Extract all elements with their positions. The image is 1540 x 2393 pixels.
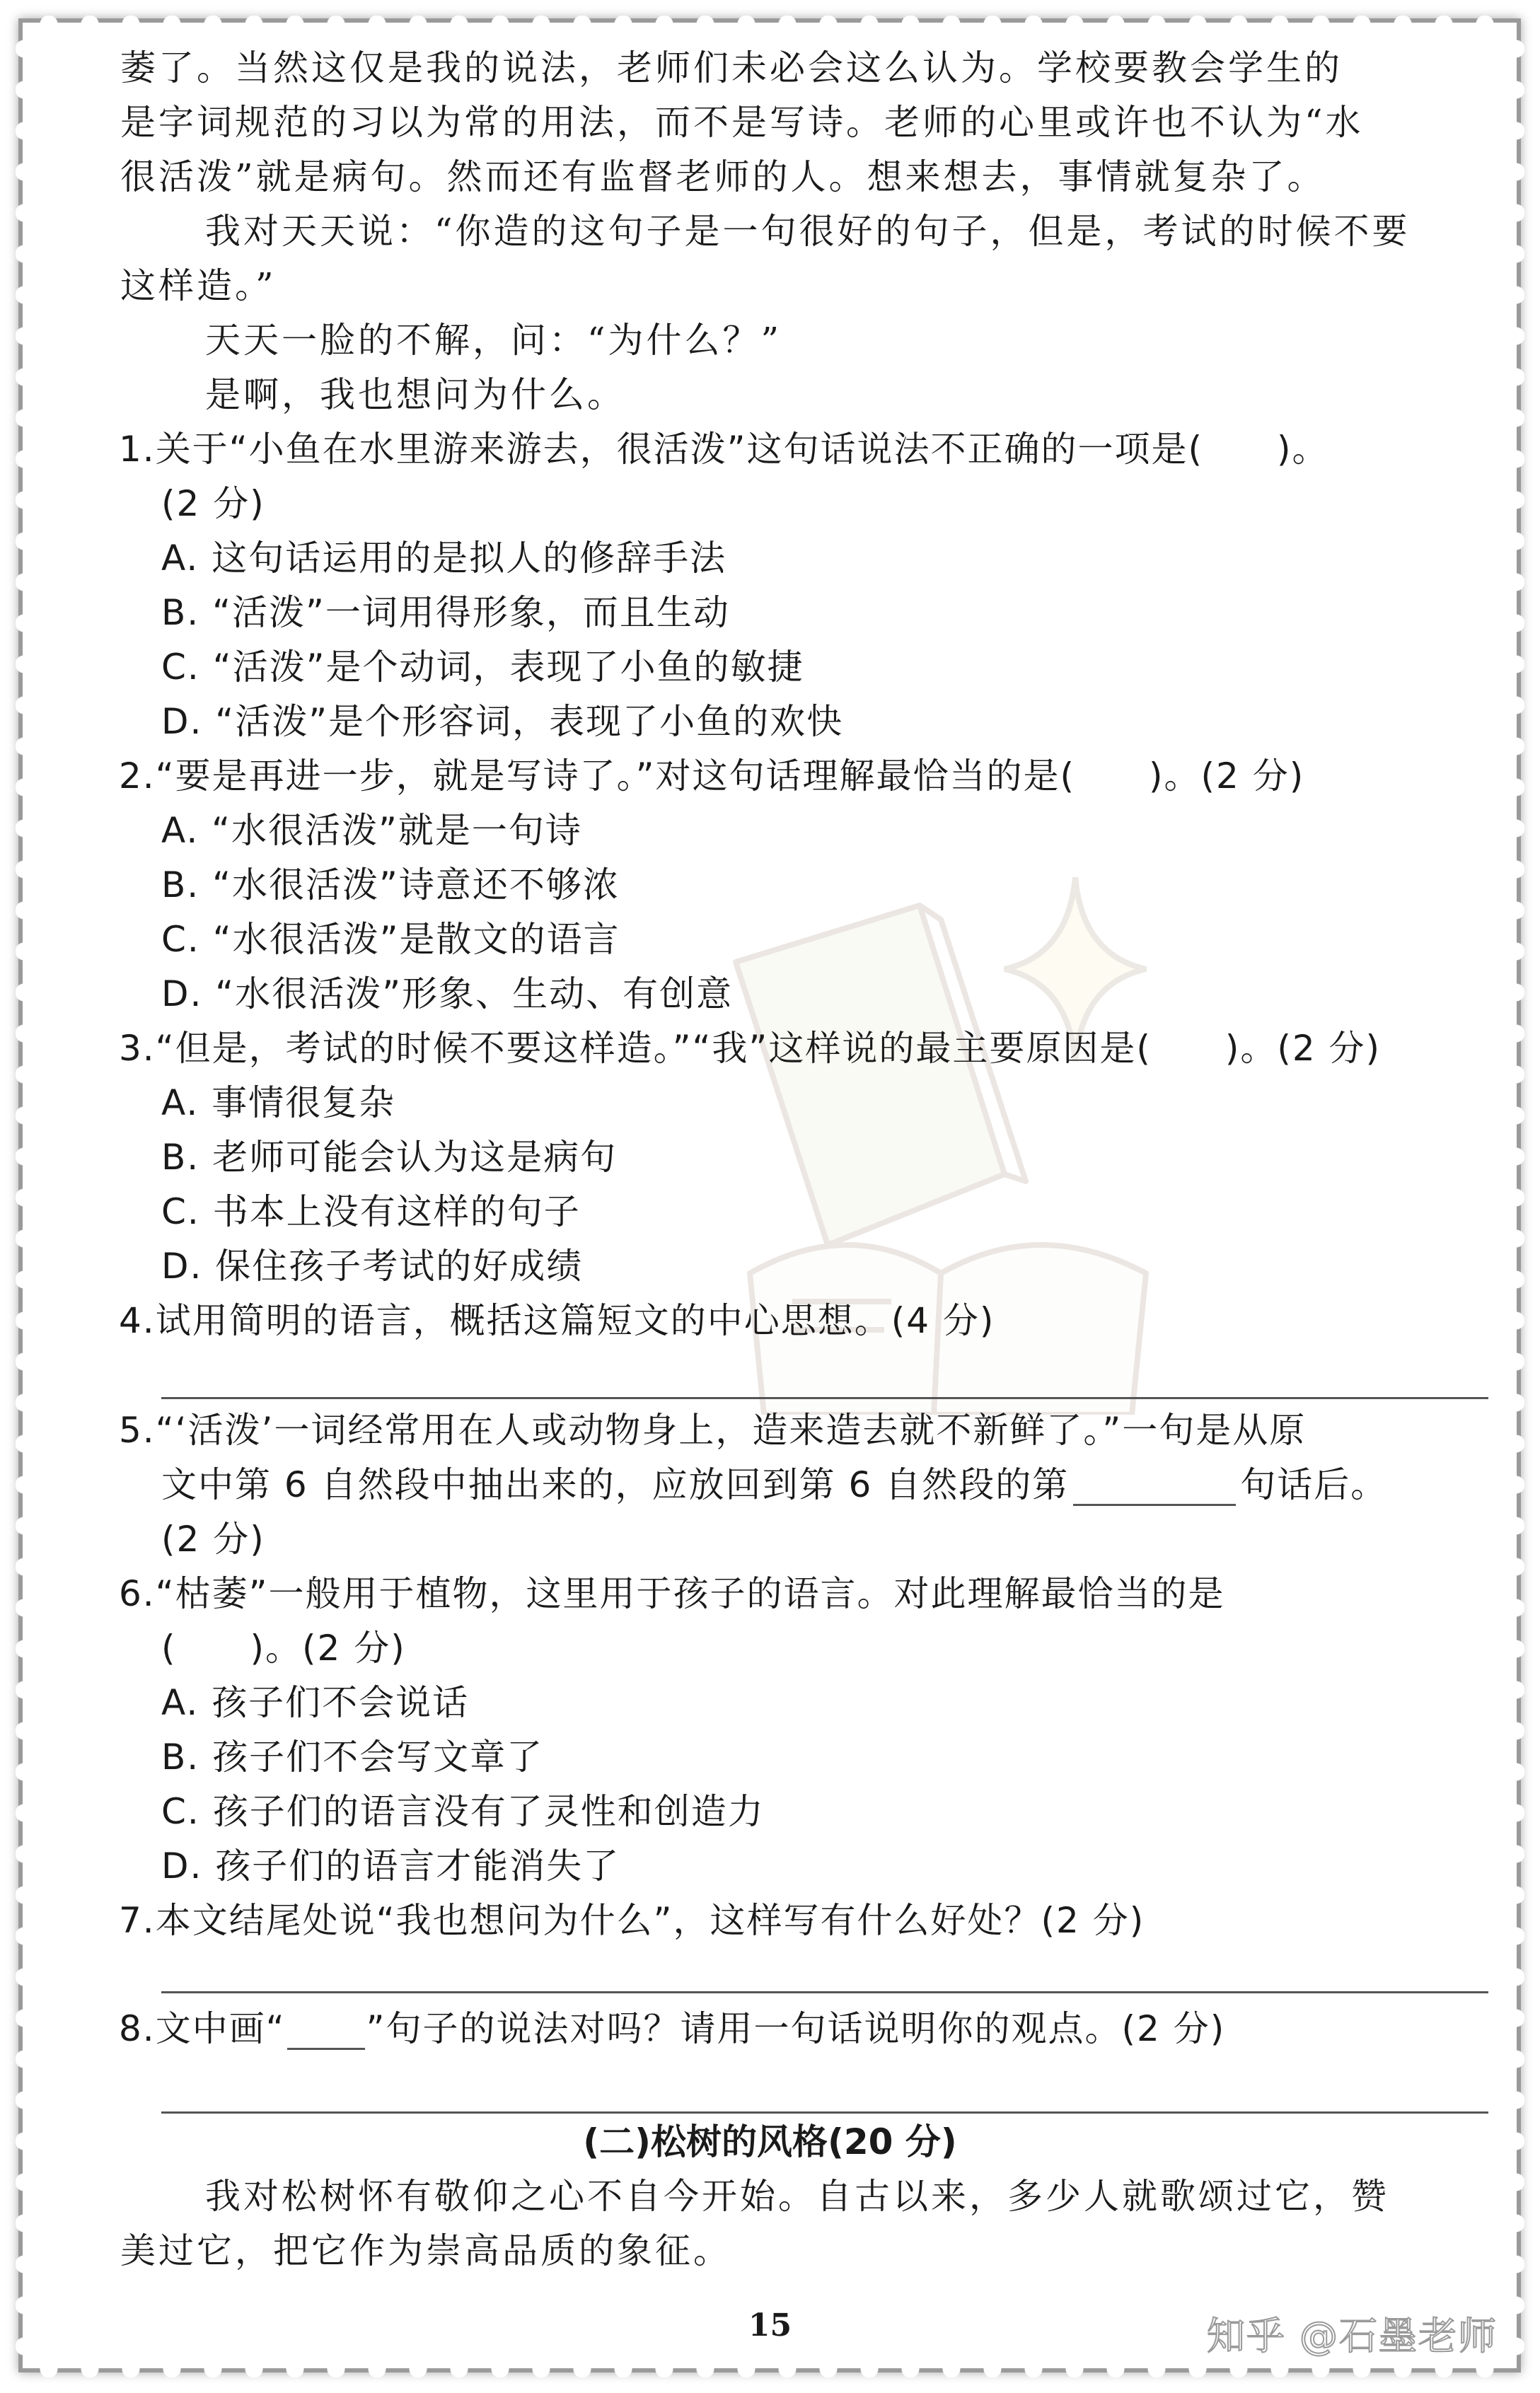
- passage-line: 很活泼”就是病句。然而还有监督老师的人。想来想去，事情就复杂了。: [120, 156, 1326, 198]
- question-number: 2.: [119, 755, 156, 796]
- question-number: 5.: [119, 1410, 156, 1451]
- stamp-border-right: [1507, 28, 1524, 2365]
- option-a[interactable]: A. “水很活泼”就是一句诗: [161, 809, 582, 852]
- passage-line: 我对松树怀有敬仰之心不自今开始。自古以来，多少人就歌颂过它，赞: [205, 2175, 1389, 2218]
- question-number: 8.: [119, 2008, 156, 2049]
- question-4: 4.试用简明的语言，概括这篇短文的中心思想。(4 分): [119, 1299, 995, 1342]
- stamp-border-left: [16, 28, 33, 2365]
- answer-line-q7[interactable]: [161, 1991, 1488, 1993]
- underline-marker: [287, 2014, 365, 2050]
- stamp-border-top: [28, 16, 1512, 33]
- passage-line: 我对天天说：“你造的这句子是一句很好的句子，但是，考试的时候不要: [205, 210, 1411, 253]
- question-stem: 试用简明的语言，概括这篇短文的中心思想。(4 分): [156, 1300, 995, 1341]
- passage-line: 是字词规范的习以为常的用法，而不是写诗。老师的心里或许也不认为“水: [120, 101, 1364, 144]
- question-5-score: (2 分): [161, 1518, 265, 1560]
- question-5: 5.“‘活泼’一词经常用在人或动物身上，造来造去就不新鲜了。”一句是从原: [119, 1409, 1306, 1452]
- option-a[interactable]: A. 事情很复杂: [161, 1082, 395, 1124]
- answer-line-q8[interactable]: [161, 2111, 1488, 2114]
- question-7: 7.本文结尾处说“我也想问为什么”，这样写有什么好处？(2 分): [119, 1899, 1145, 1942]
- question-stem: “但是，考试的时候不要这样造。”“我”这样说的最主要原因是( )。(2 分): [156, 1028, 1381, 1069]
- question-8: 8.文中画“”句子的说法对吗？请用一句话说明你的观点。(2 分): [119, 2007, 1225, 2050]
- passage-line: 美过它，把它作为崇高品质的象征。: [120, 2230, 731, 2272]
- question-stem: 本文结尾处说“我也想问为什么”，这样写有什么好处？(2 分): [156, 1900, 1145, 1941]
- question-stem: “枯萎”一般用于植物，这里用于孩子的语言。对此理解最恰当的是: [156, 1573, 1225, 1614]
- option-d[interactable]: D. 孩子们的语言才能消失了: [161, 1845, 620, 1887]
- question-3: 3.“但是，考试的时候不要这样造。”“我”这样说的最主要原因是( )。(2 分): [119, 1027, 1381, 1070]
- option-d[interactable]: D. “活泼”是个形容词，表现了小鱼的欢快: [161, 700, 843, 743]
- question-stem: 句话后。: [1240, 1464, 1387, 1505]
- option-a[interactable]: A. 这句话运用的是拟人的修辞手法: [161, 537, 726, 579]
- option-d[interactable]: D. “水很活泼”形象、生动、有创意: [161, 973, 733, 1015]
- section-title: (二)松树的风格(20 分): [0, 2121, 1540, 2163]
- question-number: 3.: [119, 1028, 156, 1069]
- question-5-line2: 文中第 6 自然段中抽出来的，应放回到第 6 自然段的第句话后。: [161, 1464, 1387, 1506]
- option-b[interactable]: B. “活泼”一词用得形象，而且生动: [161, 591, 730, 634]
- stamp-border-bottom: [28, 2360, 1512, 2377]
- answer-line-q4[interactable]: [161, 1397, 1488, 1399]
- question-number: 4.: [119, 1300, 156, 1341]
- question-stem: “‘活泼’一词经常用在人或动物身上，造来造去就不新鲜了。”一句是从原: [156, 1410, 1307, 1451]
- option-b[interactable]: B. 孩子们不会写文章了: [161, 1736, 543, 1778]
- option-b[interactable]: B. 老师可能会认为这是病句: [161, 1136, 617, 1178]
- question-6: 6.“枯萎”一般用于植物，这里用于孩子的语言。对此理解最恰当的是: [119, 1572, 1225, 1615]
- fill-blank-sentence-number[interactable]: [1073, 1470, 1236, 1506]
- option-a[interactable]: A. 孩子们不会说话: [161, 1681, 469, 1724]
- question-number: 1.: [119, 429, 156, 470]
- question-number: 6.: [119, 1573, 156, 1614]
- passage-line: 这样造。”: [120, 265, 277, 307]
- question-1-score: (2 分): [161, 482, 265, 525]
- option-d[interactable]: D. 保住孩子考试的好成绩: [161, 1245, 583, 1287]
- passage-line: 是啊，我也想问为什么。: [205, 373, 625, 416]
- question-stem: “要是再进一步，就是写诗了。”对这句话理解最恰当的是( )。(2 分): [156, 755, 1305, 796]
- question-number: 7.: [119, 1900, 156, 1941]
- question-stem: 关于“小鱼在水里游来游去，很活泼”这句话说法不正确的一项是( )。: [156, 429, 1329, 470]
- question-stem: ”句子的说法对吗？请用一句话说明你的观点。(2 分): [366, 2008, 1226, 2049]
- option-c[interactable]: C. 书本上没有这样的句子: [161, 1190, 581, 1233]
- passage-line: 萎了。当然这仅是我的说法，老师们未必会这么认为。学校要教会学生的: [120, 47, 1343, 89]
- option-c[interactable]: C. 孩子们的语言没有了灵性和创造力: [161, 1790, 765, 1833]
- question-1: 1.关于“小鱼在水里游来游去，很活泼”这句话说法不正确的一项是( )。: [119, 428, 1329, 470]
- option-c[interactable]: C. “水很活泼”是散文的语言: [161, 918, 620, 961]
- zhihu-watermark: 知乎 @石墨老师: [1207, 2306, 1498, 2360]
- question-6-line2: ( )。(2 分): [161, 1627, 406, 1669]
- option-b[interactable]: B. “水很活泼”诗意还不够浓: [161, 864, 620, 906]
- option-c[interactable]: C. “活泼”是个动词，表现了小鱼的敏捷: [161, 646, 804, 688]
- question-2: 2.“要是再进一步，就是写诗了。”对这句话理解最恰当的是( )。(2 分): [119, 755, 1304, 797]
- question-stem: 文中第 6 自然段中抽出来的，应放回到第 6 自然段的第: [161, 1464, 1069, 1505]
- passage-line: 天天一脸的不解，问：“为什么？”: [205, 319, 782, 361]
- question-stem: 文中画“: [156, 2008, 286, 2049]
